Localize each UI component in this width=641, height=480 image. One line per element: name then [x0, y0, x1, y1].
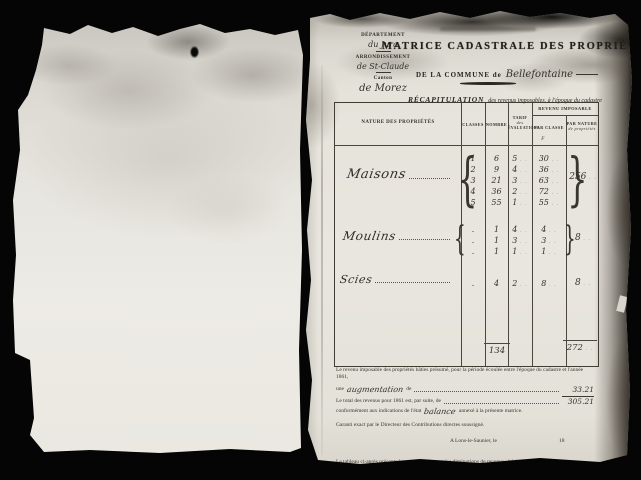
table-body: Maisons { } 16530 29436 321363 436272 55… [335, 145, 598, 366]
illegible-print-smudge [440, 27, 536, 31]
fold-line [321, 65, 323, 455]
recap-table: NATURE DES PROPRIÉTÉS CLASSES NOMBRE TAR… [334, 102, 599, 367]
table-row: 16530 [335, 153, 598, 164]
paper-edge-chip [616, 295, 628, 312]
ornament-rule [460, 82, 516, 85]
table-row: 555155 [335, 197, 598, 208]
table-row: 321363 [335, 175, 598, 186]
departement-label: DÉPARTEMENT [344, 32, 422, 40]
footer-line6: Le tableau ci-après présente les augment… [336, 459, 594, 465]
dotted-leader [414, 383, 559, 392]
table-row: 436272 [335, 186, 598, 197]
table-row: .133 [335, 235, 598, 246]
table-row: .428 [335, 278, 598, 289]
handwritten-balance: balance [424, 407, 457, 416]
table-row: .144 [335, 224, 598, 235]
divider [376, 72, 391, 73]
footer-block: Le revenu imposable des propriétés bâtie… [336, 367, 594, 467]
group-total-maisons: 256 [569, 172, 597, 182]
dotted-leader [444, 395, 559, 404]
footer-line4: Garanti exact par le Directeur des Contr… [336, 422, 594, 429]
dash-rule [576, 74, 598, 75]
commune-value: Bellefontaine [506, 69, 573, 80]
arrondissement-label: ARRONDISSEMENT [344, 54, 422, 62]
year-blank: 18 [559, 438, 565, 444]
revenu-rule [532, 115, 598, 116]
footer-line2: Le total des revenus pour 1861 est, par … [336, 395, 594, 406]
col-header-nombre: NOMBRE [485, 122, 508, 127]
group-total-moulins: 8 [569, 233, 597, 243]
page-title: MATRICE CADASTRALE DES PROPRIÉTÉS BÂTIES [382, 41, 612, 52]
total-revenu: 272 [563, 340, 597, 353]
footer-line3: conformément aux indications de l'état b… [336, 407, 594, 416]
handwritten-augmentation: augmentation [346, 385, 404, 394]
col-header-nature: NATURE DES PROPRIÉTÉS [335, 120, 461, 126]
group-total-scies: 8 [569, 278, 597, 288]
form-page: DÉPARTEMENT du Jura ARRONDISSEMENT de St… [302, 10, 634, 472]
value-total-revenus: 305.21 [562, 396, 594, 406]
col-header-revenu: REVENU IMPOSABLE [532, 106, 598, 112]
col-header-par-classe: PAR CLASSE [532, 125, 566, 130]
place-label: A Lons-le-Saunier, le [450, 438, 497, 444]
blank-torn-page [8, 20, 304, 456]
currency-mark: F [532, 137, 554, 143]
footer-date-line: A Lons-le-Saunier, le 18 [336, 438, 594, 444]
paper-hole [190, 46, 199, 58]
value-augmentation: 33.21 [562, 385, 594, 394]
total-nombre: 134 [484, 343, 510, 356]
col-header-par-nature: PAR NATURE de propriétés [566, 121, 598, 132]
col-header-tarif: TARIF des ÉVALUATIONS [508, 115, 532, 130]
commune-line: DE LA COMMUNE de Bellefontaine [392, 64, 622, 82]
commune-label: DE LA COMMUNE de [416, 71, 502, 79]
table-row: 29436 [335, 164, 598, 175]
footer-line1b: une augmentation de 33.21 [336, 383, 594, 394]
col-header-classes: CLASSES [461, 122, 485, 127]
table-row: .111 [335, 246, 598, 257]
scanned-document: DÉPARTEMENT du Jura ARRONDISSEMENT de St… [0, 0, 641, 480]
footer-line1: Le revenu imposable des propriétés bâtie… [336, 367, 594, 382]
